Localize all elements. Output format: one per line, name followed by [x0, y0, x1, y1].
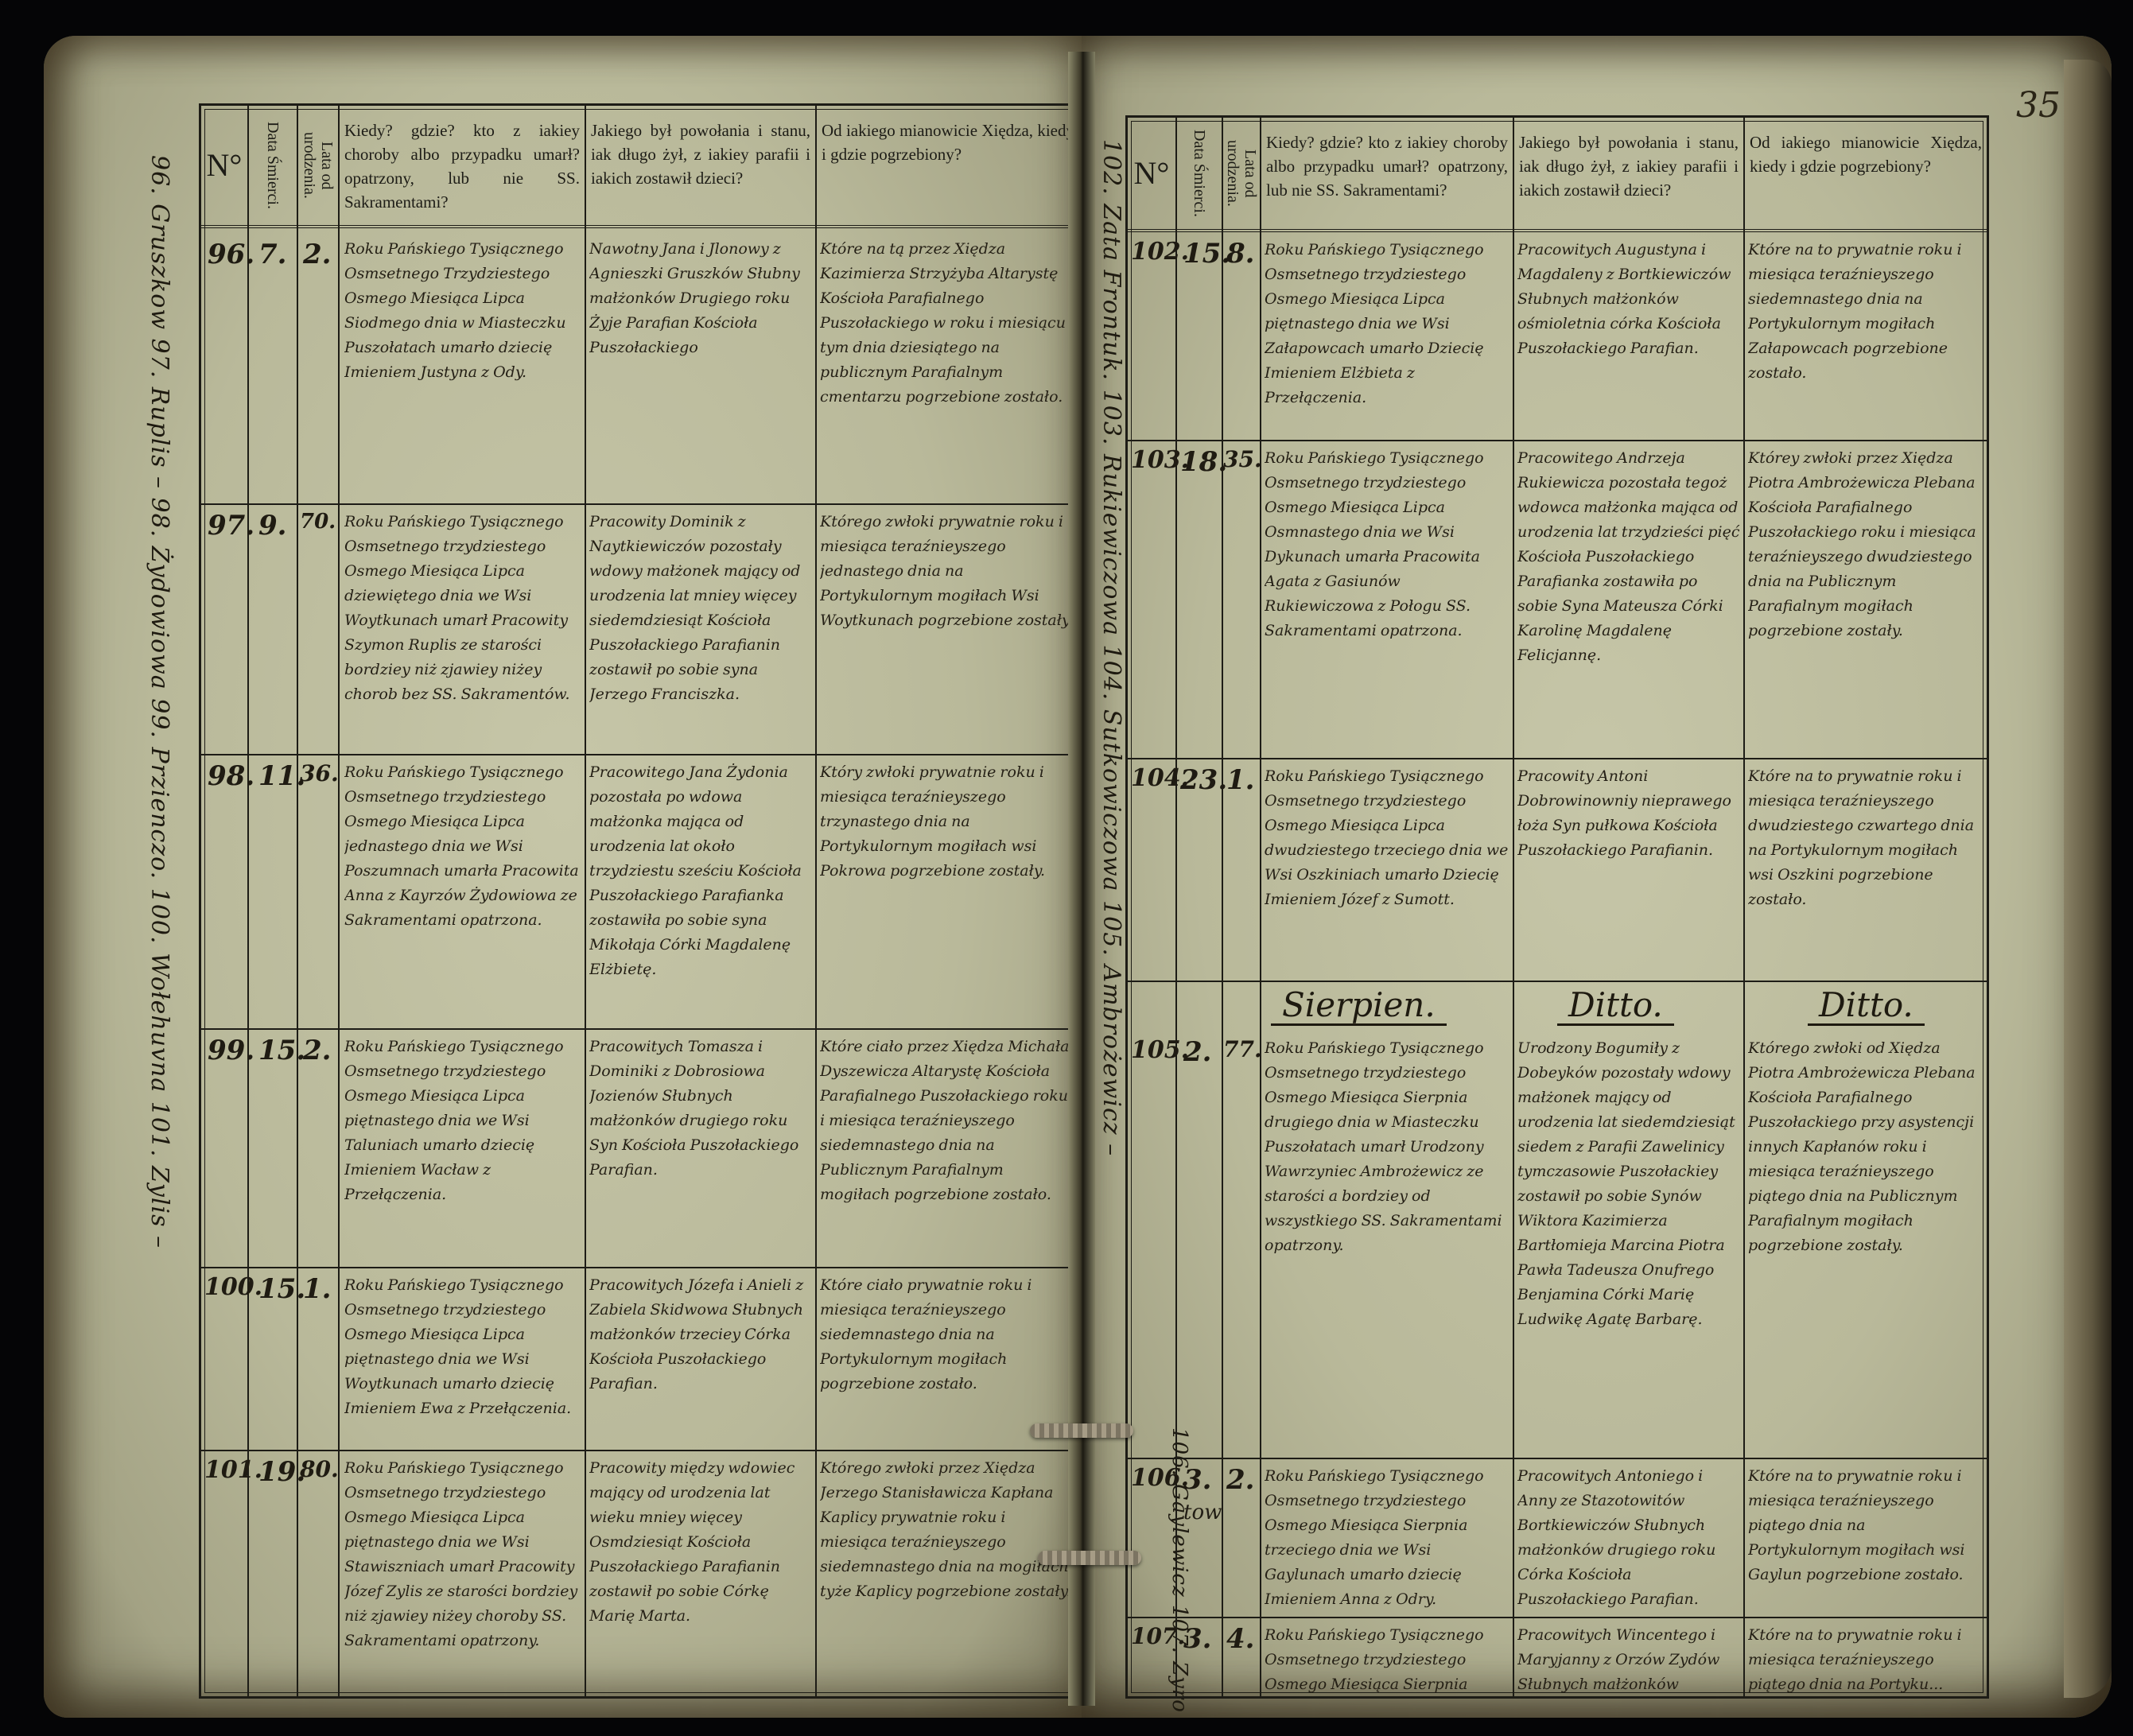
ditto-heading: Ditto.	[1557, 987, 1674, 1026]
entry-when-where: Roku Pańskiego Tysiącznego Osmsetnego tr…	[1265, 446, 1509, 756]
entry-when-where: Roku Pańskiego Tysiącznego Osmsetnego tr…	[344, 510, 581, 752]
header-priest-burial: Od iakiego mianowicie Xiędza, kiedy i gd…	[1745, 118, 1987, 229]
entry-occupation: Pracowity między wdowiec mający od urodz…	[589, 1456, 814, 1691]
entry-burial: Które na to prywatnie roku i miesiąca te…	[1748, 1464, 1982, 1615]
entry-burial: Który zwłoki prywatnie roku i miesiąca t…	[820, 760, 1076, 1027]
right-margin-note: 102. Zata Frontuk. 103. Rukiewiczowa 104…	[1098, 139, 1125, 1133]
entry-number: 102.	[1131, 238, 1189, 266]
entry-date: 19.	[258, 1456, 305, 1488]
entry-when-where: Roku Pańskiego Tysiącznego Osmsetnego tr…	[344, 1273, 581, 1448]
entry-occupation: Pracowitych Antoniego i Anny ze Stazotow…	[1517, 1464, 1740, 1615]
table-row: 100. 15. 1. Roku Pańskiego Tysiącznego O…	[201, 1267, 1084, 1451]
entry-burial: Którego zwłoki prywatnie roku i miesiąca…	[820, 510, 1076, 752]
entry-burial: Które ciało prywatnie roku i miesiąca te…	[820, 1273, 1076, 1448]
left-header-row: N° Data Śmierci. Lata od urodzenia. Kied…	[201, 106, 1084, 228]
binding-thread	[1038, 1551, 1141, 1565]
entry-date: 15.	[258, 1035, 305, 1066]
entry-burial: Które na to prywatnie roku i miesiąca te…	[1748, 238, 1982, 437]
header-age: Lata od urodzenia.	[1223, 118, 1261, 229]
table-row: 103. 18. 35. Roku Pańskiego Tysiącznego …	[1128, 440, 1987, 759]
entry-burial: Które na to prywatnie roku i miesiąca te…	[1748, 1623, 1982, 1695]
entry-number: 107.	[1131, 1623, 1185, 1649]
page-edge	[2064, 60, 2112, 1698]
ditto-heading: Ditto.	[1808, 987, 1925, 1026]
entry-burial: Którego zwłoki od Xiędza Piotra Ambrożew…	[1748, 1036, 1982, 1458]
entry-burial: Które na tą przez Xiędza Kazimierza Strz…	[820, 237, 1076, 499]
left-page: 96. Gruszkow 97. Ruplis – 98. Żydowiowa …	[44, 36, 1082, 1718]
entry-date: 18.	[1180, 446, 1227, 478]
entry-occupation: Pracowitych Tomasza i Dominiki z Dobrosi…	[589, 1035, 814, 1265]
table-row: 107. 3. 4. Roku Pańskiego Tysiącznego Os…	[1128, 1617, 1987, 1698]
page-number: 35	[2016, 85, 2061, 126]
entry-when-where: Roku Pańskiego Tysiącznego Osmsetnego tr…	[1265, 1623, 1509, 1695]
right-register-table: N° Data Śmierci. Lata od urodzenia. Kied…	[1125, 115, 1989, 1699]
entry-number: 99.	[208, 1035, 254, 1066]
entry-age: 2.	[303, 1035, 332, 1066]
entry-occupation: Pracowitego Andrzeja Rukiewicza pozostał…	[1517, 446, 1740, 756]
header-when-where: Kiedy? gdzie? kto z iakiey choroby albo …	[340, 106, 586, 225]
table-row: 98. 11. 36. Roku Pańskiego Tysiącznego O…	[201, 754, 1084, 1030]
entry-date: 15.	[1183, 238, 1230, 270]
table-row: 99. 15. 2. Roku Pańskiego Tysiącznego Os…	[201, 1028, 1084, 1268]
entry-number: 106.	[1131, 1464, 1189, 1492]
register-book: 96. Gruszkow 97. Ruplis – 98. Żydowiowa …	[44, 36, 2112, 1718]
entry-occupation: Pracowitych Augustyna i Magdaleny z Bort…	[1517, 238, 1740, 437]
entry-number: 96.	[208, 239, 254, 270]
entry-age: 35.	[1223, 446, 1262, 472]
entry-date: 3.	[1183, 1623, 1212, 1655]
entry-burial: Które na to prywatnie roku i miesiąca te…	[1748, 764, 1982, 979]
entry-age: 70.	[300, 510, 336, 534]
left-register-table: N° Data Śmierci. Lata od urodzenia. Kied…	[199, 103, 1086, 1699]
binding-thread	[1030, 1423, 1133, 1438]
header-number: N°	[1128, 118, 1177, 229]
entry-occupation: Pracowity Antoni Dobrowinowniy niepraweg…	[1517, 764, 1740, 979]
entry-age: 77.	[1223, 1036, 1262, 1062]
entry-occupation: Pracowitego Jana Żydonia pozostała po wd…	[589, 760, 814, 1027]
entry-age: 2.	[1226, 1464, 1255, 1496]
entry-age: 36.	[300, 760, 339, 786]
entry-date: 3.	[1183, 1464, 1212, 1496]
table-row: 96. 7. 2. Nawotny Jana i Jlonowy z Agnie…	[201, 229, 1084, 503]
entry-age: 4.	[1226, 1623, 1255, 1655]
entry-occupation: Nawotny Jana i Jlonowy z Agnieszki Grusz…	[589, 237, 814, 499]
entry-age: 8.	[1226, 238, 1255, 270]
entry-when-where: Roku Pańskiego Tysiącznego Osmsetnego tr…	[1265, 238, 1509, 437]
header-death-date: Data Śmierci.	[249, 106, 298, 225]
entry-age: 80.	[300, 1456, 339, 1482]
entry-date: 23.	[1180, 764, 1227, 796]
month-heading: Sierpien.	[1271, 987, 1447, 1026]
entry-burial: Którego zwłoki przez Xiędza Jerzego Stan…	[820, 1456, 1076, 1691]
entry-age: 2.	[303, 239, 332, 270]
table-row: 106. 3. 2. tow Roku Pańskiego Tysiączneg…	[1128, 1458, 1987, 1618]
table-row: 97. 9. 70. Roku Pańskiego Tysiącznego Os…	[201, 503, 1084, 755]
header-age: Lata od urodzenia.	[298, 106, 340, 225]
entry-occupation: Urodzony Bogumiły z Dobeyków pozostały w…	[1517, 1036, 1740, 1458]
entry-when-where: Roku Pańskiego Tysiącznego Osmsetnego tr…	[1265, 1464, 1509, 1615]
right-header-row: N° Data Śmierci. Lata od urodzenia. Kied…	[1128, 118, 1987, 232]
header-number: N°	[201, 106, 249, 225]
book-gutter	[1068, 52, 1095, 1706]
entry-number: 100.	[204, 1273, 262, 1301]
header-priest-burial: Od iakiego mianowicie Xiędza, kiedy i gd…	[817, 106, 1079, 225]
entry-when-where: Roku Pańskiego Tysiącznego Osmsetnego tr…	[1265, 1036, 1509, 1458]
entry-when-where: Roku Pańskiego Tysiącznego Osmsetnego tr…	[344, 1456, 581, 1691]
left-margin-note: 96. Gruszkow 97. Ruplis – 98. Żydowiowa …	[146, 155, 173, 1706]
entry-occupation: Pracowitych Józefa i Anieli z Zabiela Sk…	[589, 1273, 814, 1448]
entry-number: 105.	[1131, 1036, 1189, 1064]
entry-when-where: Roku Pańskiego Tysiącznego Osmsetnego Tr…	[344, 237, 581, 499]
entry-date: 15.	[258, 1273, 305, 1305]
right-page: 35 102. Zata Frontuk. 103. Rukiewiczowa …	[1082, 36, 2112, 1718]
entry-number: 97.	[208, 510, 254, 542]
entry-when-where: Roku Pańskiego Tysiącznego Osmsetnego tr…	[344, 760, 581, 1027]
entry-date: 9.	[258, 510, 287, 542]
entry-age: 1.	[303, 1273, 332, 1305]
header-when-where: Kiedy? gdzie? kto z iakiey choroby albo …	[1261, 118, 1514, 229]
table-row: 104. 23. 1. Roku Pańskiego Tysiącznego O…	[1128, 758, 1987, 982]
table-row: 102. 15. 8. Roku Pańskiego Tysiącznego O…	[1128, 233, 1987, 440]
entry-occupation: Pracowitych Wincentego i Maryjanny z Orz…	[1517, 1623, 1740, 1695]
entry-age-note: tow	[1183, 1501, 1222, 1524]
entry-when-where: Roku Pańskiego Tysiącznego Osmsetnego tr…	[344, 1035, 581, 1265]
entry-date: 2.	[1183, 1036, 1212, 1068]
entry-date: 11.	[258, 760, 305, 792]
entry-occupation: Pracowity Dominik z Naytkiewiczów pozost…	[589, 510, 814, 752]
entry-number: 98.	[208, 760, 254, 792]
entry-burial: Które ciało przez Xiędza Michała Dyszewi…	[820, 1035, 1076, 1265]
table-row: 101. 19. 80. Roku Pańskiego Tysiącznego …	[201, 1450, 1084, 1694]
entry-age: 1.	[1226, 764, 1255, 796]
table-row: Sierpien. Ditto. Ditto. 105. 2. 77. Roku…	[1128, 981, 1987, 1459]
header-occupation: Jakiego był powołania i stanu, iak długo…	[1514, 118, 1745, 229]
entry-number: 101.	[204, 1456, 262, 1484]
entry-date: 7.	[258, 239, 287, 270]
entry-burial: Którey zwłoki przez Xiędza Piotra Ambroż…	[1748, 446, 1982, 756]
header-occupation: Jakiego był powołania i stanu, iak długo…	[586, 106, 817, 225]
entry-when-where: Roku Pańskiego Tysiącznego Osmsetnego tr…	[1265, 764, 1509, 979]
header-death-date: Data Śmierci.	[1177, 118, 1223, 229]
